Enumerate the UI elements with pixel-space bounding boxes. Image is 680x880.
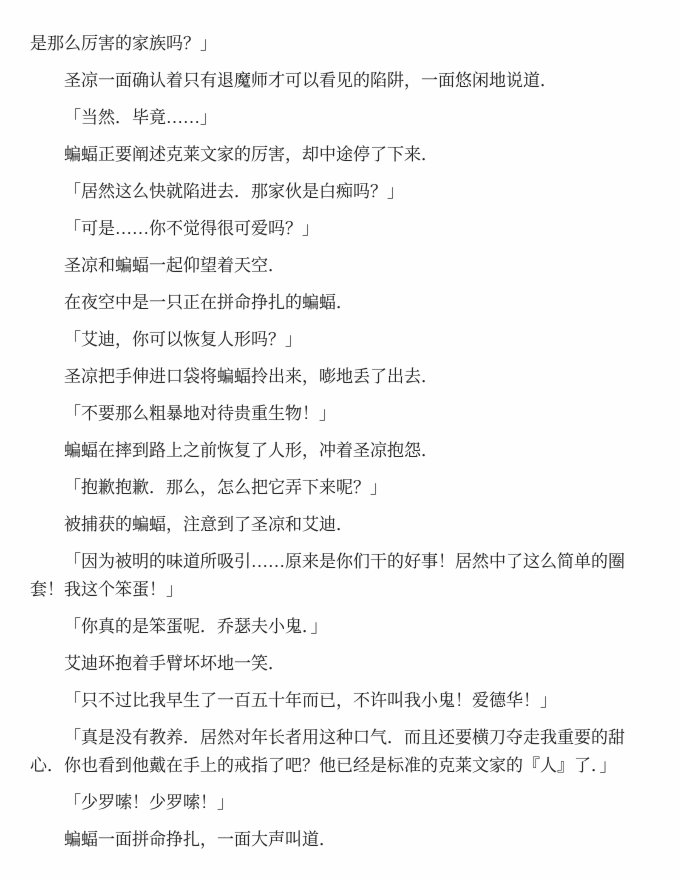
paragraph: 「可是……你不觉得很可爱吗？」 xyxy=(30,215,634,243)
paragraph: 是那么厉害的家族吗？」 xyxy=(30,30,634,58)
paragraph: 被捕获的蝙蝠，注意到了圣凉和艾迪． xyxy=(30,511,634,539)
document-page: 是那么厉害的家族吗？」圣凉一面确认着只有退魔师才可以看见的陷阱，一面悠闲地说道．… xyxy=(0,0,680,880)
paragraph: 蝙蝠一面拼命挣扎，一面大声叫道． xyxy=(30,826,634,854)
paragraph: 圣凉把手伸进口袋将蝙蝠拎出来，嘭地丢了出去． xyxy=(30,363,634,391)
paragraph: 艾迪环抱着手臂坏坏地一笑． xyxy=(30,650,634,678)
paragraph: 在夜空中是一只正在拼命挣扎的蝙蝠． xyxy=(30,289,634,317)
paragraph: 蝙蝠正要阐述克莱文家的厉害，却中途停了下来． xyxy=(30,141,634,169)
paragraph: 「当然．毕竟……」 xyxy=(30,104,634,132)
paragraph: 「少罗嗦！少罗嗦！」 xyxy=(30,789,634,817)
paragraph: 蝙蝠在摔到路上之前恢复了人形，冲着圣凉抱怨． xyxy=(30,437,634,465)
paragraph: 「你真的是笨蛋呢．乔瑟夫小鬼．」 xyxy=(30,613,634,641)
paragraph: 「居然这么快就陷进去．那家伙是白痴吗？」 xyxy=(30,178,634,206)
paragraph: 「抱歉抱歉．那么，怎么把它弄下来呢？」 xyxy=(30,474,634,502)
paragraph: 「不要那么粗暴地对待贵重生物！」 xyxy=(30,400,634,428)
paragraph: 「真是没有教养．居然对年长者用这种口气．而且还要横刀夺走我重要的甜心．你也看到他… xyxy=(30,724,634,780)
paragraph: 圣凉一面确认着只有退魔师才可以看见的陷阱，一面悠闲地说道． xyxy=(30,67,634,95)
paragraph: 「只不过比我早生了一百五十年而已，不许叫我小鬼！爱德华！」 xyxy=(30,687,634,715)
paragraph: 圣凉和蝙蝠一起仰望着天空． xyxy=(30,252,634,280)
paragraph: 「艾迪，你可以恢复人形吗？」 xyxy=(30,326,634,354)
text-column: 是那么厉害的家族吗？」圣凉一面确认着只有退魔师才可以看见的陷阱，一面悠闲地说道．… xyxy=(30,30,634,854)
paragraph: 「因为被明的味道所吸引……原来是你们干的好事！居然中了这么简单的圈套！我这个笨蛋… xyxy=(30,548,634,604)
